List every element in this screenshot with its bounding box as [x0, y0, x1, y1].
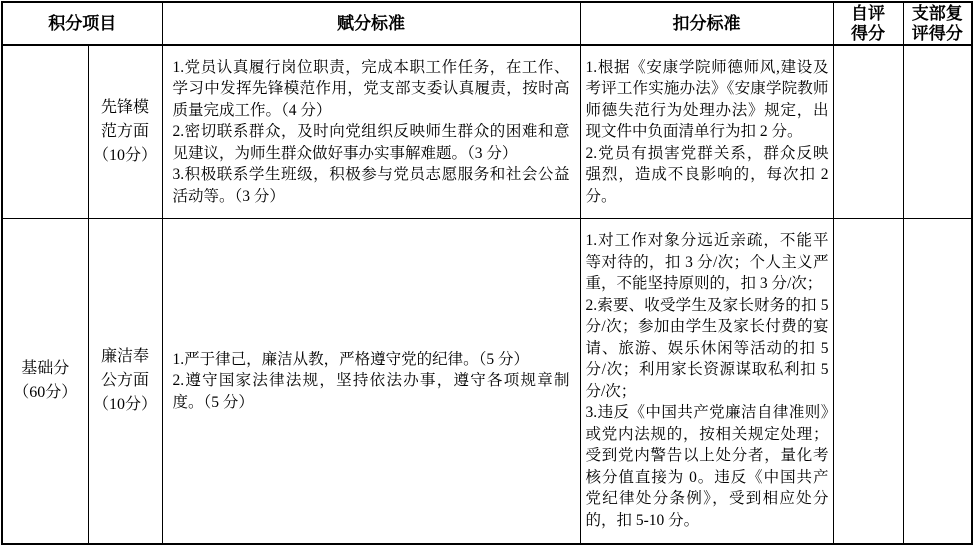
aspect-score-integrity: （10分） — [89, 393, 162, 417]
category-name-basic: 基础分 — [21, 357, 69, 381]
header-item-column: 积分项目 — [2, 2, 162, 45]
header-self-score-label: 自评得分 — [851, 4, 885, 44]
award-item: 1.严于律己，廉洁从教，严格遵守党的纪律。（5 分） — [173, 349, 570, 371]
category-score-basic: （60分） — [3, 381, 88, 405]
award-criteria-cell-integrity: 1.严于律己，廉洁从教，严格遵守党的纪律。（5 分） 2.遵守国家法律法规，坚持… — [162, 218, 580, 544]
header-deduct-label: 扣分标准 — [673, 14, 741, 33]
award-item: 3.积极联系学生班级，积极参与党员志愿服务和社会公益活动等。（3 分） — [173, 164, 570, 207]
header-branch-score-label: 支部复评得分 — [912, 4, 963, 44]
award-item: 2.密切联系群众，及时向党组织反映师生群众的困难和意见建议，为师生群众做好事办实… — [173, 121, 570, 164]
branch-score-cell-integrity[interactable] — [903, 218, 972, 544]
self-score-cell-integrity[interactable] — [833, 218, 903, 544]
award-item: 2.遵守国家法律法规，坚持依法办事，遵守各项规章制度。（5 分） — [173, 370, 570, 413]
award-criteria-cell-pioneer: 1.党员认真履行岗位职责，完成本职工作任务，在工作、学习中发挥先锋模范作用，党支… — [162, 45, 580, 218]
branch-score-cell-pioneer[interactable] — [903, 45, 972, 218]
deduct-item: 2.索要、收受学生及家长财务的扣 5 分/次；参加由学生及家长付费的宴请、旅游、… — [586, 295, 829, 403]
table-row-pioneer: 先锋模范方面 （10分） 1.党员认真履行岗位职责，完成本职工作任务，在工作、学… — [2, 45, 972, 218]
table-header-row: 积分项目 赋分标准 扣分标准 自评得分 支部复评得分 — [2, 2, 972, 45]
deduct-criteria-cell-pioneer: 1.根据《安康学院师德师风,建设及考评工作实施办法》《安康学院教师师德失范行为处… — [580, 45, 833, 218]
deduct-item: 3.违反《中国共产党廉洁自律准则》或党内法规的，按相关规定处理；受到党内警告以上… — [586, 402, 829, 531]
self-score-cell-pioneer[interactable] — [833, 45, 903, 218]
table-row-integrity: 基础分 （60分） 廉洁奉公方面 （10分） 1.严于律己，廉洁从教，严格遵守党… — [2, 218, 972, 544]
deduct-criteria-cell-integrity: 1.对工作对象分远近亲疏，不能平等对待的，扣 3 分/次；个人主义严重，不能坚持… — [580, 218, 833, 544]
header-award-column: 赋分标准 — [162, 2, 580, 45]
deduct-item: 2.党员有损害党群关系，群众反映强烈，造成不良影响的，每次扣 2 分。 — [586, 143, 829, 208]
deduct-item: 1.对工作对象分远近亲疏，不能平等对待的，扣 3 分/次；个人主义严重，不能坚持… — [586, 230, 829, 295]
header-self-score-column: 自评得分 — [833, 2, 903, 45]
aspect-score-pioneer: （10分） — [89, 144, 162, 168]
party-member-score-table: 积分项目 赋分标准 扣分标准 自评得分 支部复评得分 — [1, 1, 973, 545]
aspect-cell-pioneer: 先锋模范方面 （10分） — [88, 45, 162, 218]
category-cell-row1 — [2, 45, 88, 218]
header-award-label: 赋分标准 — [337, 14, 405, 33]
aspect-name-pioneer: 先锋模范方面 — [101, 96, 149, 144]
deduct-item: 1.根据《安康学院师德师风,建设及考评工作实施办法》《安康学院教师师德失范行为处… — [586, 57, 829, 143]
category-cell-basic: 基础分 （60分） — [2, 218, 88, 544]
header-deduct-column: 扣分标准 — [580, 2, 833, 45]
aspect-name-integrity: 廉洁奉公方面 — [101, 345, 149, 393]
aspect-cell-integrity: 廉洁奉公方面 （10分） — [88, 218, 162, 544]
header-item-label: 积分项目 — [48, 14, 116, 33]
header-branch-score-column: 支部复评得分 — [903, 2, 972, 45]
award-item: 1.党员认真履行岗位职责，完成本职工作任务，在工作、学习中发挥先锋模范作用，党支… — [173, 57, 570, 122]
document-page: 积分项目 赋分标准 扣分标准 自评得分 支部复评得分 — [0, 0, 974, 554]
